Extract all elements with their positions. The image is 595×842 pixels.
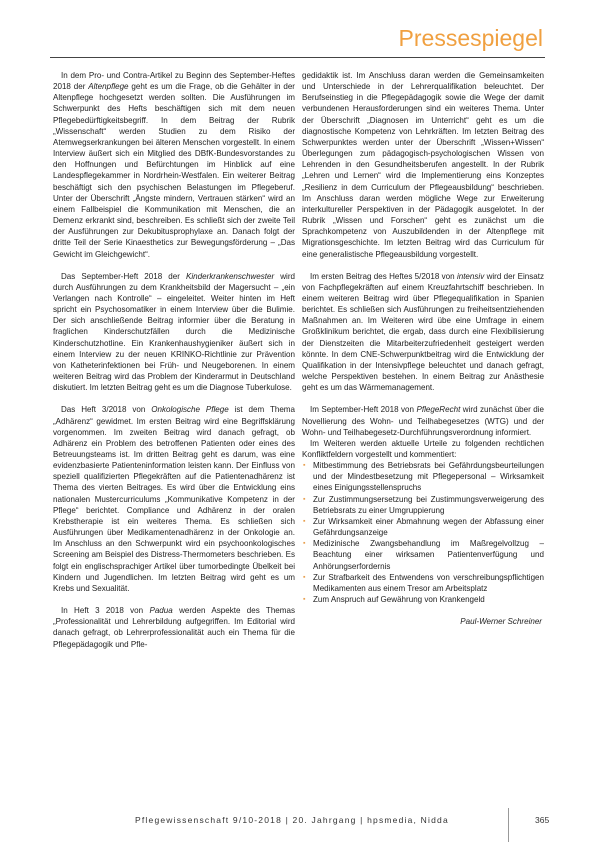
text: Im September-Heft 2018 von — [310, 405, 416, 414]
journal-name: Padua — [149, 606, 172, 615]
header-rule — [50, 57, 545, 58]
journal-name: PflegeRecht — [416, 405, 460, 414]
text: wird durch Ausführungen zu dem Krankheit… — [53, 272, 295, 393]
footer-publication: Pflegewissenschaft 9/10-2018 | 20. Jahrg… — [135, 815, 449, 825]
text: geht es um die Frage, ob die Gehälter in… — [53, 82, 295, 258]
footer-divider — [508, 808, 509, 842]
journal-name: intensiv — [457, 272, 484, 281]
paragraph-kinderkrankenschwester: Das September-Heft 2018 der Kinderkranke… — [53, 271, 295, 394]
paragraph-intensiv: Im ersten Beitrag des Heftes 5/2018 von … — [302, 271, 544, 394]
list-item: Mitbestimmung des Betriebsrats bei Gefäh… — [302, 460, 544, 493]
paragraph-onkologische-pflege: Das Heft 3/2018 von Onkologische Pflege … — [53, 404, 295, 594]
list-item: Medizinische Zwangsbehandlung im Maßrege… — [302, 538, 544, 571]
text: Im ersten Beitrag des Heftes 5/2018 von — [310, 272, 457, 281]
journal-name: Kinderkrankenschwester — [186, 272, 274, 281]
list-item: Zur Zustimmungsersetzung bei Zustimmungs… — [302, 494, 544, 516]
right-column: gedidaktik ist. Im Anschluss daran werde… — [302, 70, 544, 627]
paragraph-padua: In Heft 3 2018 von Padua werden Aspekte … — [53, 605, 295, 650]
author-signature: Paul-Werner Schreiner — [302, 616, 544, 627]
list-item: Zur Wirksamkeit einer Abmahnung wegen de… — [302, 516, 544, 538]
text: Das Heft 3/2018 von — [61, 405, 151, 414]
verdict-list: Mitbestimmung des Betriebsrats bei Gefäh… — [302, 460, 544, 605]
paragraph-pflegerecht: Im September-Heft 2018 von PflegeRecht w… — [302, 404, 544, 437]
text: wird der Einsatz von Fachpflegekräften a… — [302, 272, 544, 393]
paragraph-padua-continued: gedidaktik ist. Im Anschluss daran werde… — [302, 70, 544, 260]
text: ist dem Thema „Adhärenz“ gewidmet. Im er… — [53, 405, 295, 593]
text: In Heft 3 2018 von — [61, 606, 149, 615]
journal-name: Altenpflege — [88, 82, 128, 91]
journal-name: Onkologische Pflege — [151, 405, 228, 414]
paragraph-altenpflege: In dem Pro- und Contra-Artikel zu Beginn… — [53, 70, 295, 260]
paragraph-urteile-intro: Im Weiteren werden aktuelle Urteile zu f… — [302, 438, 544, 460]
left-column: In dem Pro- und Contra-Artikel zu Beginn… — [53, 70, 295, 650]
list-item: Zum Anspruch auf Gewährung von Krankenge… — [302, 594, 544, 605]
list-item: Zur Strafbarkeit des Entwendens von vers… — [302, 572, 544, 594]
section-title: Pressespiegel — [399, 25, 543, 52]
text: Das September-Heft 2018 der — [61, 272, 186, 281]
page-number: 365 — [535, 815, 549, 825]
